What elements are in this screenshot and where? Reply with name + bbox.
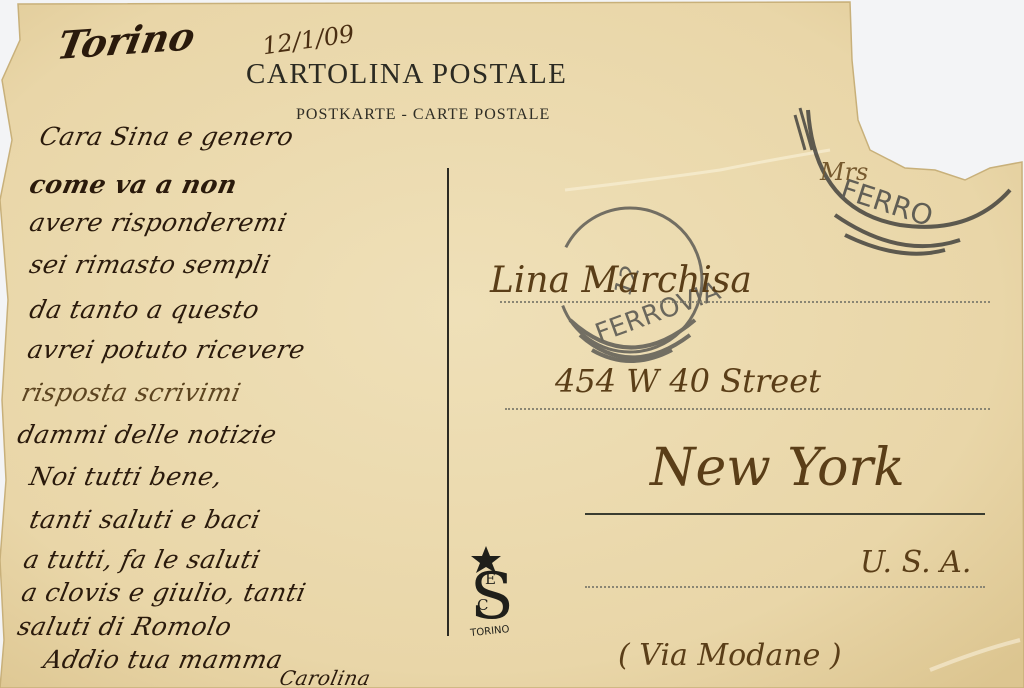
message-line: risposta scrivimi [19, 378, 244, 407]
postcard: FERROVIA 12 FERRO Mrs Torino 12/1/09 CAR… [0, 0, 1024, 688]
message-line: Cara Sina e genero [37, 122, 297, 151]
recipient-country: U. S. A. [860, 545, 971, 580]
message-line: Noi tutti bene, [27, 462, 225, 491]
message-signature: Carolina [277, 666, 373, 688]
message-line: sei rimasto sempli [27, 250, 273, 279]
message-signoff: Addio tua mamma [41, 645, 286, 674]
recipient-name: Lina Marchisa [490, 260, 752, 301]
address-line-4 [585, 586, 985, 588]
message-address-divider [447, 168, 449, 636]
address-line-3 [585, 513, 985, 515]
message-line: saluti di Romolo [15, 612, 235, 641]
message-line: tanti saluti e baci [27, 505, 263, 534]
message-line: da tanto a questo [27, 295, 262, 324]
svg-text:Mrs: Mrs [819, 158, 868, 186]
publisher-logo: S E C TORINO [456, 544, 526, 636]
svg-text:E: E [485, 570, 496, 588]
message-line: avrei potuto ricevere [25, 335, 308, 364]
routing-note: ( Via Modane ) [618, 638, 842, 673]
address-line-2 [505, 408, 990, 410]
recipient-street: 454 W 40 Street [555, 362, 821, 400]
card-subtitle: POSTKARTE - CARTE POSTALE [296, 106, 550, 124]
address-line-1 [500, 301, 990, 303]
card-title: CARTOLINA POSTALE [246, 58, 567, 91]
message-line: a clovis e giulio, tanti [19, 578, 309, 607]
message-line: a tutti, fa le saluti [21, 545, 263, 574]
message-line: avere risponderemi [27, 208, 290, 237]
message-line: come va a non [27, 170, 240, 199]
svg-text:C: C [477, 596, 488, 614]
recipient-city: New York [650, 438, 905, 498]
message-line: dammi delle notizie [15, 420, 280, 449]
